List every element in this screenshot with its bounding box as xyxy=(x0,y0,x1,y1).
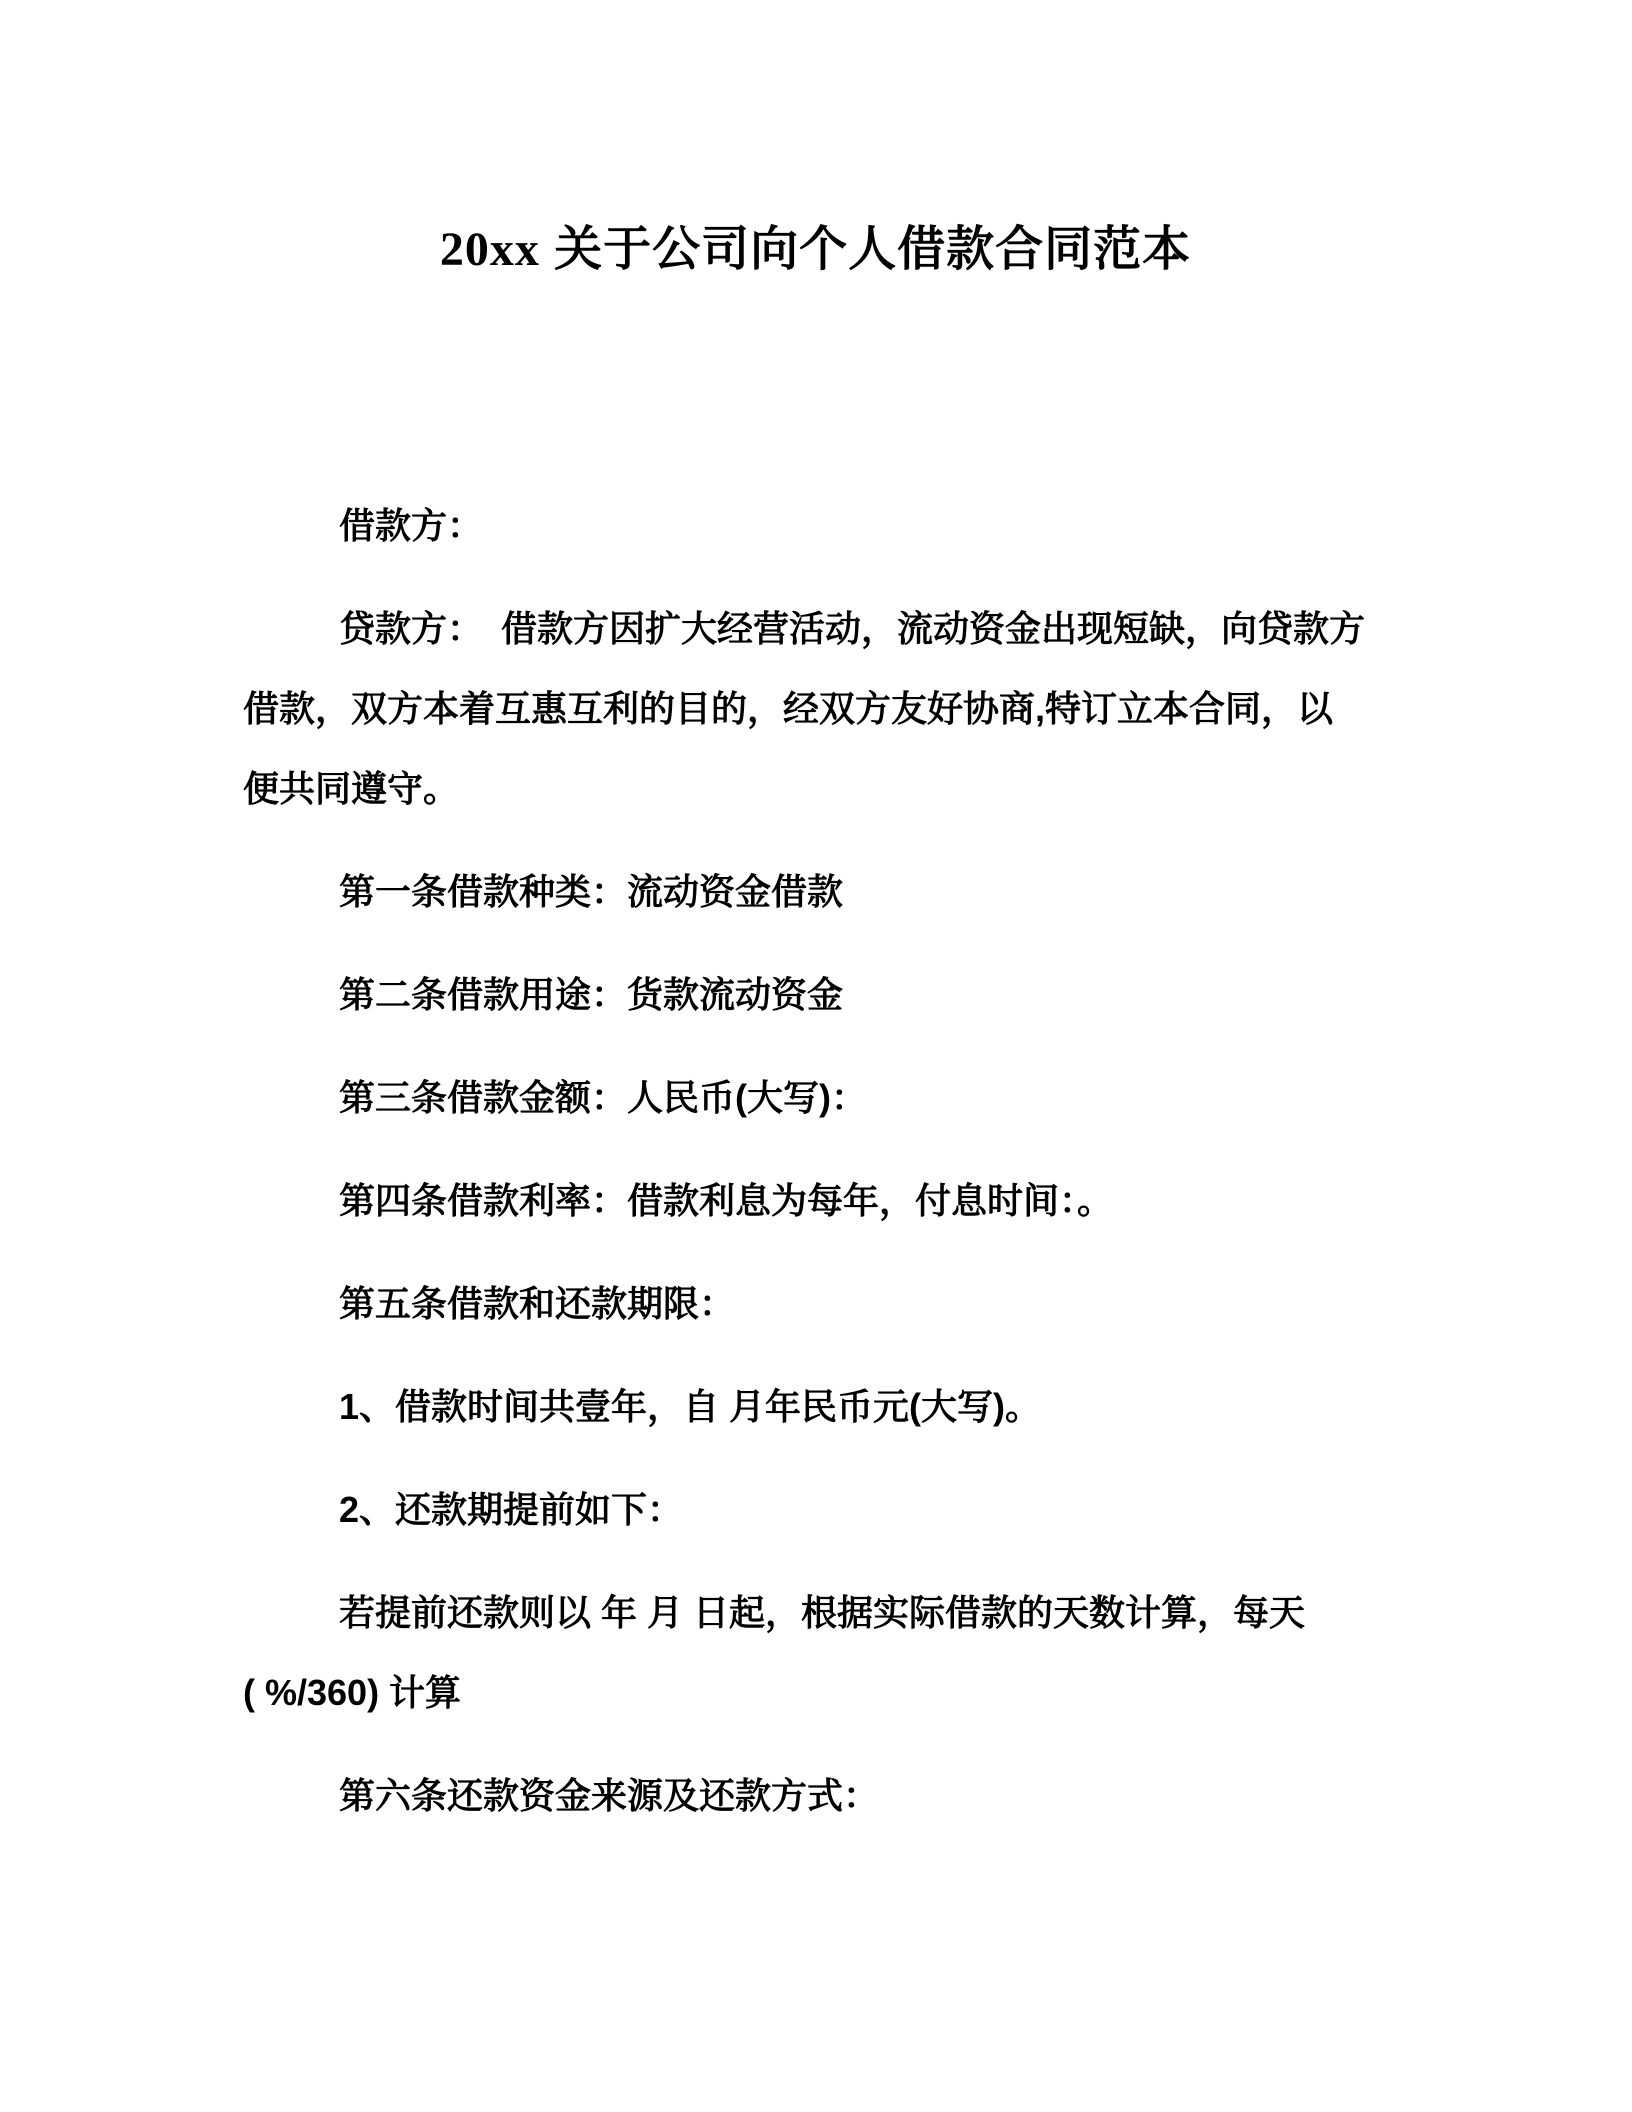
title-year: 20xx xyxy=(440,223,540,276)
party-borrower-line: 借款方： xyxy=(243,486,1388,566)
party-lender-paragraph: 贷款方： 借款方因扩大经营活动，流动资金出现短缺，向贷款方 借款，双方本着互惠互… xyxy=(243,589,1388,829)
clause-4-line: 第四条借款利率：借款利息为每年，付息时间：。 xyxy=(243,1161,1388,1241)
document-body: 借款方： 贷款方： 借款方因扩大经营活动，流动资金出现短缺，向贷款方 借款，双方… xyxy=(243,486,1388,1836)
document-title: 20xx 关于公司向个人借款合同范本 xyxy=(243,222,1388,278)
clause-5-loan-term: 第五条借款和还款期限： xyxy=(243,1264,1388,1344)
party-lender-line-2: 借款，双方本着互惠互利的目的，经双方友好协商,特订立本合同，以 xyxy=(243,669,1388,749)
clause-5-item-2: 2、还款期提前如下： xyxy=(243,1470,1388,1550)
clause-2-line: 第二条借款用途：货款流动资金 xyxy=(243,955,1388,1035)
clause-5-item-1: 1、借款时间共壹年，自 月年民币元(大写)。 xyxy=(243,1367,1388,1447)
clause-1-line: 第一条借款种类：流动资金借款 xyxy=(243,852,1388,932)
clause-6-line: 第六条还款资金来源及还款方式： xyxy=(243,1756,1388,1836)
document-page: 20xx 关于公司向个人借款合同范本 借款方： 贷款方： 借款方因扩大经营活动，… xyxy=(0,0,1632,2112)
clause-5-item-2-line: 2、还款期提前如下： xyxy=(243,1470,1388,1550)
party-lender-line-3: 便共同遵守。 xyxy=(243,749,1388,829)
early-repayment-line-1: 若提前还款则以 年 月 日起，根据实际借款的天数计算，每天 xyxy=(243,1573,1388,1653)
early-repayment-line-2: ( %/360) 计算 xyxy=(243,1653,1388,1733)
clause-6-repayment-source: 第六条还款资金来源及还款方式： xyxy=(243,1756,1388,1836)
clause-5-item-1-line: 1、借款时间共壹年，自 月年民币元(大写)。 xyxy=(243,1367,1388,1447)
title-main-text: 关于公司向个人借款合同范本 xyxy=(554,223,1191,276)
party-borrower-paragraph: 借款方： xyxy=(243,486,1388,566)
clause-3-line: 第三条借款金额：人民币(大写)： xyxy=(243,1058,1388,1138)
early-repayment-paragraph: 若提前还款则以 年 月 日起，根据实际借款的天数计算，每天 ( %/360) 计… xyxy=(243,1573,1388,1733)
party-lender-line-1: 贷款方： 借款方因扩大经营活动，流动资金出现短缺，向贷款方 xyxy=(243,589,1388,669)
clause-2-loan-purpose: 第二条借款用途：货款流动资金 xyxy=(243,955,1388,1035)
clause-1-loan-type: 第一条借款种类：流动资金借款 xyxy=(243,852,1388,932)
clause-3-loan-amount: 第三条借款金额：人民币(大写)： xyxy=(243,1058,1388,1138)
clause-4-interest-rate: 第四条借款利率：借款利息为每年，付息时间：。 xyxy=(243,1161,1388,1241)
clause-5-line: 第五条借款和还款期限： xyxy=(243,1264,1388,1344)
